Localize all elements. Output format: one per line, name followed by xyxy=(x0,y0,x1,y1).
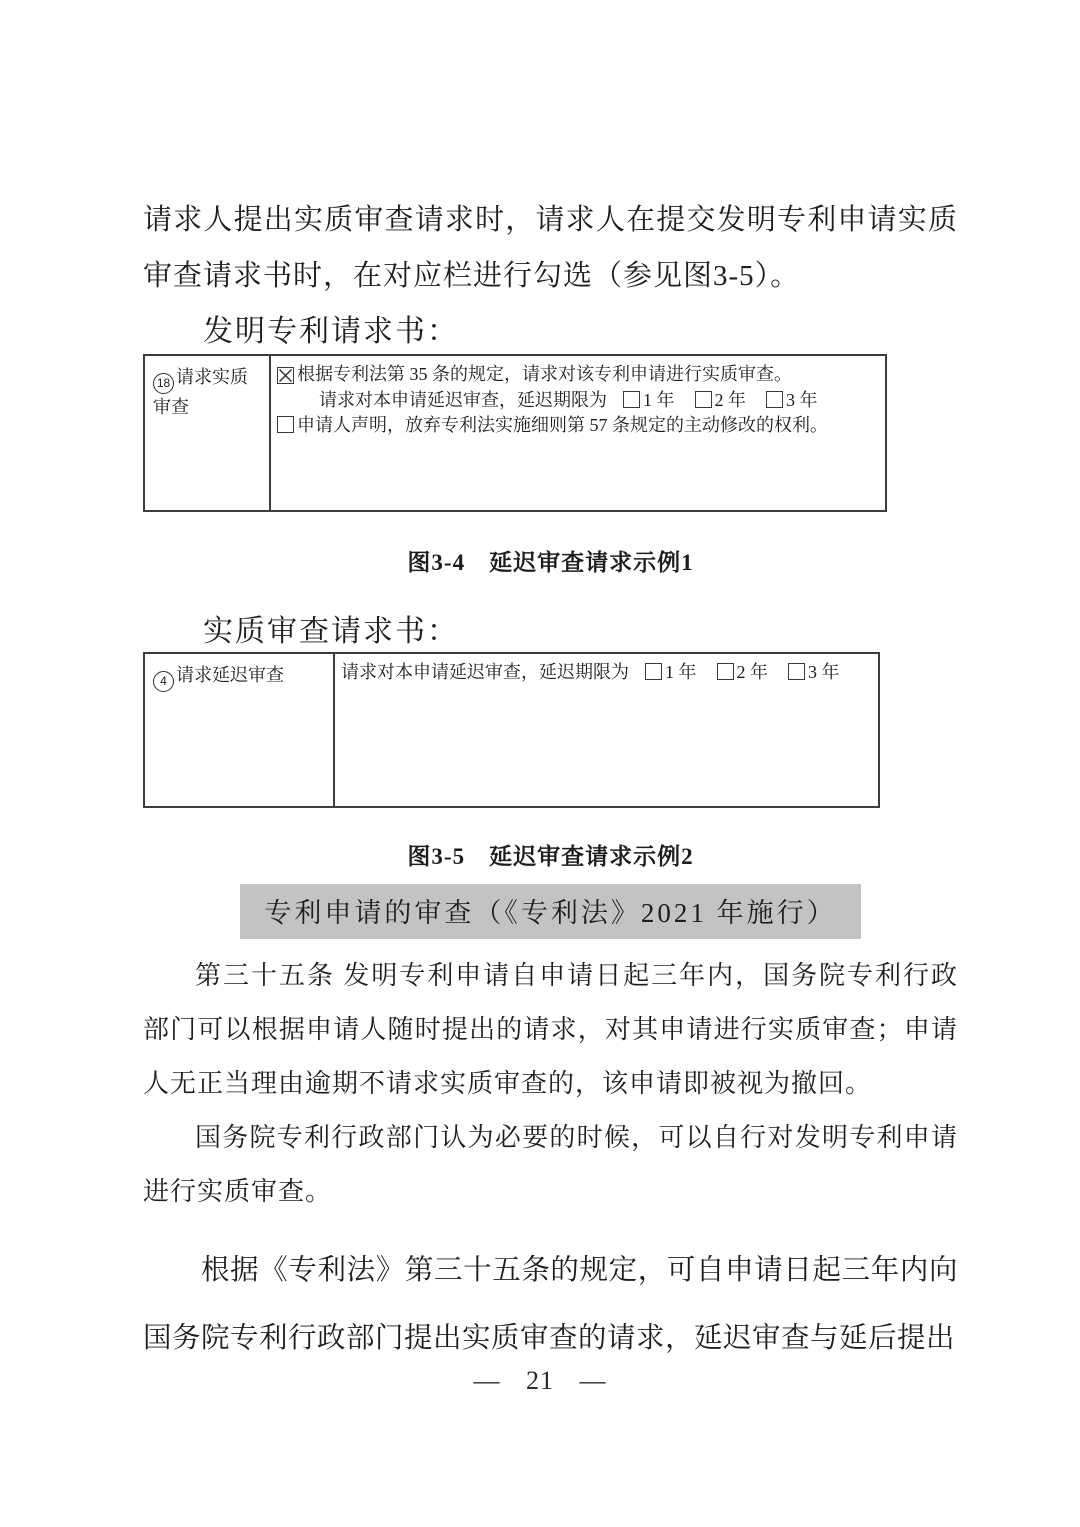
form2-label: 实质审查请求书： xyxy=(143,612,958,652)
form1-option-2-text: 请求对本申请延迟审查，延迟期限为 xyxy=(319,390,607,410)
law-section-heading: 专利申请的审查（《专利法》2021 年施行） xyxy=(240,884,860,939)
circled-number-18-icon: 18 xyxy=(153,373,174,394)
document-page: 请求人提出实质审查请求时，请求人在提交发明专利申请实质审查请求书时，在对应栏进行… xyxy=(0,0,1080,1527)
law-heading-wrap: 专利申请的审查（《专利法》2021 年施行） xyxy=(143,884,958,939)
closing-paragraph: 根据《专利法》第三十五条的规定，可自申请日起三年内向国务院专利行政部门提出实质审… xyxy=(143,1237,958,1373)
form2-field-label: 请求延迟审查 xyxy=(176,665,284,685)
checkbox-unchecked-icon xyxy=(766,391,783,408)
form1-label: 发明专利请求书： xyxy=(143,310,958,354)
form1-option-row-2: 请求对本申请延迟审查，延迟期限为1 年2 年3 年 xyxy=(277,388,881,414)
form2-table: 4请求延迟审查 请求对本申请延迟审查，延迟期限为1 年2 年3 年 xyxy=(143,652,880,808)
circled-number-4-icon: 4 xyxy=(153,671,174,692)
page-content: 请求人提出实质审查请求时，请求人在提交发明专利申请实质审查请求书时，在对应栏进行… xyxy=(0,0,1080,1373)
form1-option-row-3: 申请人声明，放弃专利法实施细则第 57 条规定的主动修改的权利。 xyxy=(277,413,881,439)
form2-option-text: 请求对本申请延迟审查，延迟期限为 xyxy=(341,662,629,682)
form1-option-1-text: 根据专利法第 35 条的规定，请求对该专利申请进行实质审查。 xyxy=(297,364,792,384)
checkbox-checked-icon xyxy=(277,367,294,384)
checkbox-unchecked-icon xyxy=(623,391,640,408)
checkbox-unchecked-icon xyxy=(717,663,734,680)
delay-option-2-year: 2 年 xyxy=(695,390,747,410)
delay-option-3-year: 3 年 xyxy=(766,390,818,410)
form1-table: 18请求实质审查 根据专利法第 35 条的规定，请求对该专利申请进行实质审查。 … xyxy=(143,354,887,512)
checkbox-unchecked-icon xyxy=(277,416,294,433)
form1-option-row-1: 根据专利法第 35 条的规定，请求对该专利申请进行实质审查。 xyxy=(277,362,881,388)
delay-option-3-year: 3 年 xyxy=(788,662,840,682)
checkbox-unchecked-icon xyxy=(788,663,805,680)
form2-options-cell: 请求对本申请延迟审查，延迟期限为1 年2 年3 年 xyxy=(333,654,878,806)
form2-field-cell: 4请求延迟审查 xyxy=(145,654,333,806)
law-article-35-paragraph-2: 国务院专利行政部门认为必要的时候，可以自行对发明专利申请进行实质审查。 xyxy=(143,1111,958,1219)
delay-option-2-year: 2 年 xyxy=(717,662,769,682)
law-article-35-paragraph-1: 第三十五条 发明专利申请自申请日起三年内，国务院专利行政部门可以根据申请人随时提… xyxy=(143,949,958,1111)
figure-caption-3-5: 图3-5 延迟审查请求示例2 xyxy=(143,842,958,872)
checkbox-unchecked-icon xyxy=(695,391,712,408)
intro-paragraph: 请求人提出实质审查请求时，请求人在提交发明专利申请实质审查请求书时，在对应栏进行… xyxy=(143,192,958,304)
delay-option-1-year-label: 1 年 xyxy=(665,662,697,682)
delay-option-3-year-label: 3 年 xyxy=(808,662,840,682)
form2-option-row: 请求对本申请延迟审查，延迟期限为1 年2 年3 年 xyxy=(341,660,874,686)
delay-option-1-year-label: 1 年 xyxy=(643,390,675,410)
delay-option-1-year: 1 年 xyxy=(645,662,697,682)
form1-option-3-text: 申请人声明，放弃专利法实施细则第 57 条规定的主动修改的权利。 xyxy=(297,415,828,435)
delay-option-3-year-label: 3 年 xyxy=(786,390,818,410)
page-number-text: — 21 — xyxy=(474,1366,607,1395)
delay-option-1-year: 1 年 xyxy=(623,390,675,410)
figure-caption-3-4: 图3-4 延迟审查请求示例1 xyxy=(143,548,958,578)
delay-option-2-year-label: 2 年 xyxy=(737,662,769,682)
checkbox-unchecked-icon xyxy=(645,663,662,680)
form1-field-cell: 18请求实质审查 xyxy=(145,356,269,510)
form1-options-cell: 根据专利法第 35 条的规定，请求对该专利申请进行实质审查。 请求对本申请延迟审… xyxy=(269,356,885,510)
page-number: — 21 — xyxy=(0,1366,1080,1396)
delay-option-2-year-label: 2 年 xyxy=(715,390,747,410)
